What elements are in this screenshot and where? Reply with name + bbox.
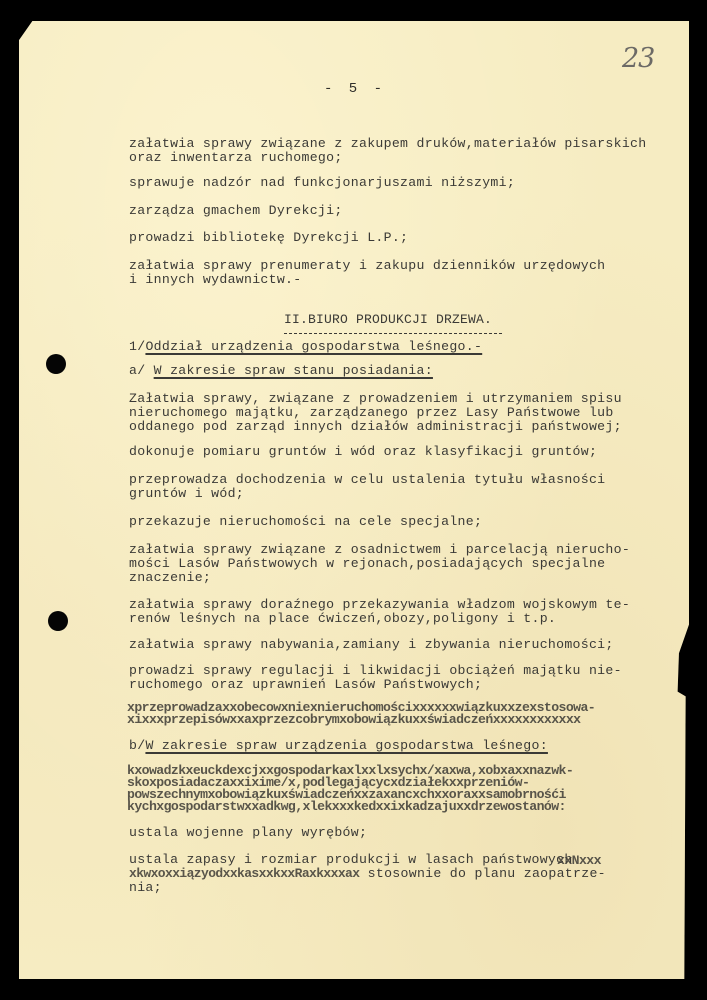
text-line: zarządza gmachem Dyrekcji; bbox=[129, 204, 343, 218]
handwritten-folio-number: 23 bbox=[622, 43, 654, 74]
subsection-heading: 1/Oddział urządzenia gospodarstwa leśneg… bbox=[129, 340, 482, 354]
text-line: dokonuje pomiaru gruntów i wód oraz klas… bbox=[129, 445, 597, 459]
text-line: nieruchomego majątku, zarządzanego przez… bbox=[129, 406, 614, 420]
text-line: Załatwia sprawy, związane z prowadzeniem… bbox=[129, 392, 622, 406]
punch-hole bbox=[46, 354, 66, 374]
text-line: oddanego pod zarząd innych działów admin… bbox=[129, 420, 622, 434]
part-marker: a/ bbox=[129, 363, 145, 378]
part-title: W zakresie spraw stanu posiadania: bbox=[154, 363, 433, 378]
text-line: załatwia sprawy doraźnego przekazywania … bbox=[129, 598, 630, 612]
punch-hole bbox=[48, 611, 68, 631]
text-line: znaczenie; bbox=[129, 571, 211, 585]
page-number: - 5 - bbox=[324, 81, 386, 97]
scanned-document: 23 - 5 - załatwia sprawy związane z zaku… bbox=[0, 0, 707, 1000]
struck-out-line: xixxxprzepisówxxaxprzezcobrymxobowiązkux… bbox=[127, 714, 580, 726]
text-line: i innych wydawnictw.- bbox=[129, 273, 302, 287]
part-title: W zakresie spraw urządzenia gospodarstwa… bbox=[145, 738, 547, 753]
text-line: oraz inwentarza ruchomego; bbox=[129, 151, 343, 165]
text-line: przekazuje nieruchomości na cele specjal… bbox=[129, 515, 482, 529]
part-a-heading: a/ W zakresie spraw stanu posiadania: bbox=[129, 364, 433, 378]
text-line: renów leśnych na place ćwiczeń,obozy,pol… bbox=[129, 612, 556, 626]
text-line: prowadzi bibliotekę Dyrekcji L.P.; bbox=[129, 231, 408, 245]
text-line: xkwxoxxiązyodxxkasxxkxxRaxkxxxax stosown… bbox=[129, 867, 606, 881]
text-line: załatwia sprawy związane z osadnictwem i… bbox=[129, 543, 630, 557]
heading-underline bbox=[284, 333, 502, 334]
text-line: nia; bbox=[129, 881, 162, 895]
text-line: załatwia sprawy związane z zakupem drukó… bbox=[129, 137, 646, 151]
text-line: ruchomego oraz uprawnień Lasów Państwowy… bbox=[129, 678, 482, 692]
subsection-title: Oddział urządzenia gospodarstwa leśnego.… bbox=[145, 339, 482, 354]
text-line: ustala zapasy i rozmiar produkcji w lasa… bbox=[129, 853, 573, 867]
subsection-marker: 1/ bbox=[129, 339, 145, 354]
text-line: prowadzi sprawy regulacji i likwidacji o… bbox=[129, 664, 622, 678]
part-marker: b/ bbox=[129, 738, 145, 753]
text-line: ustala wojenne plany wyrębów; bbox=[129, 826, 367, 840]
text-fragment: stosownie do planu zaopatrze- bbox=[359, 866, 605, 881]
text-line: sprawuje nadzór nad funkcjonarjuszami ni… bbox=[129, 176, 515, 190]
struck-out-fragment: xkwxoxxiązyodxxkasxxkxxRaxkxxxax bbox=[129, 866, 359, 881]
part-b-heading: b/W zakresie spraw urządzenia gospodarst… bbox=[129, 739, 548, 753]
typewritten-page: 23 - 5 - załatwia sprawy związane z zaku… bbox=[19, 21, 689, 979]
struck-out-line: kychxgospodarstwxxadkwg,xlekxxxkedxxixka… bbox=[127, 801, 566, 813]
section-heading: II.BIURO PRODUKCJI DRZEWA. bbox=[284, 312, 492, 327]
text-line: przeprowadza dochodzenia w celu ustaleni… bbox=[129, 473, 605, 487]
text-line: załatwia sprawy nabywania,zamiany i zbyw… bbox=[129, 638, 614, 652]
text-line: załatwia sprawy prenumeraty i zakupu dzi… bbox=[129, 259, 605, 273]
text-line: gruntów i wód; bbox=[129, 487, 244, 501]
text-line: mości Lasów Państwowych w rejonach,posia… bbox=[129, 557, 605, 571]
